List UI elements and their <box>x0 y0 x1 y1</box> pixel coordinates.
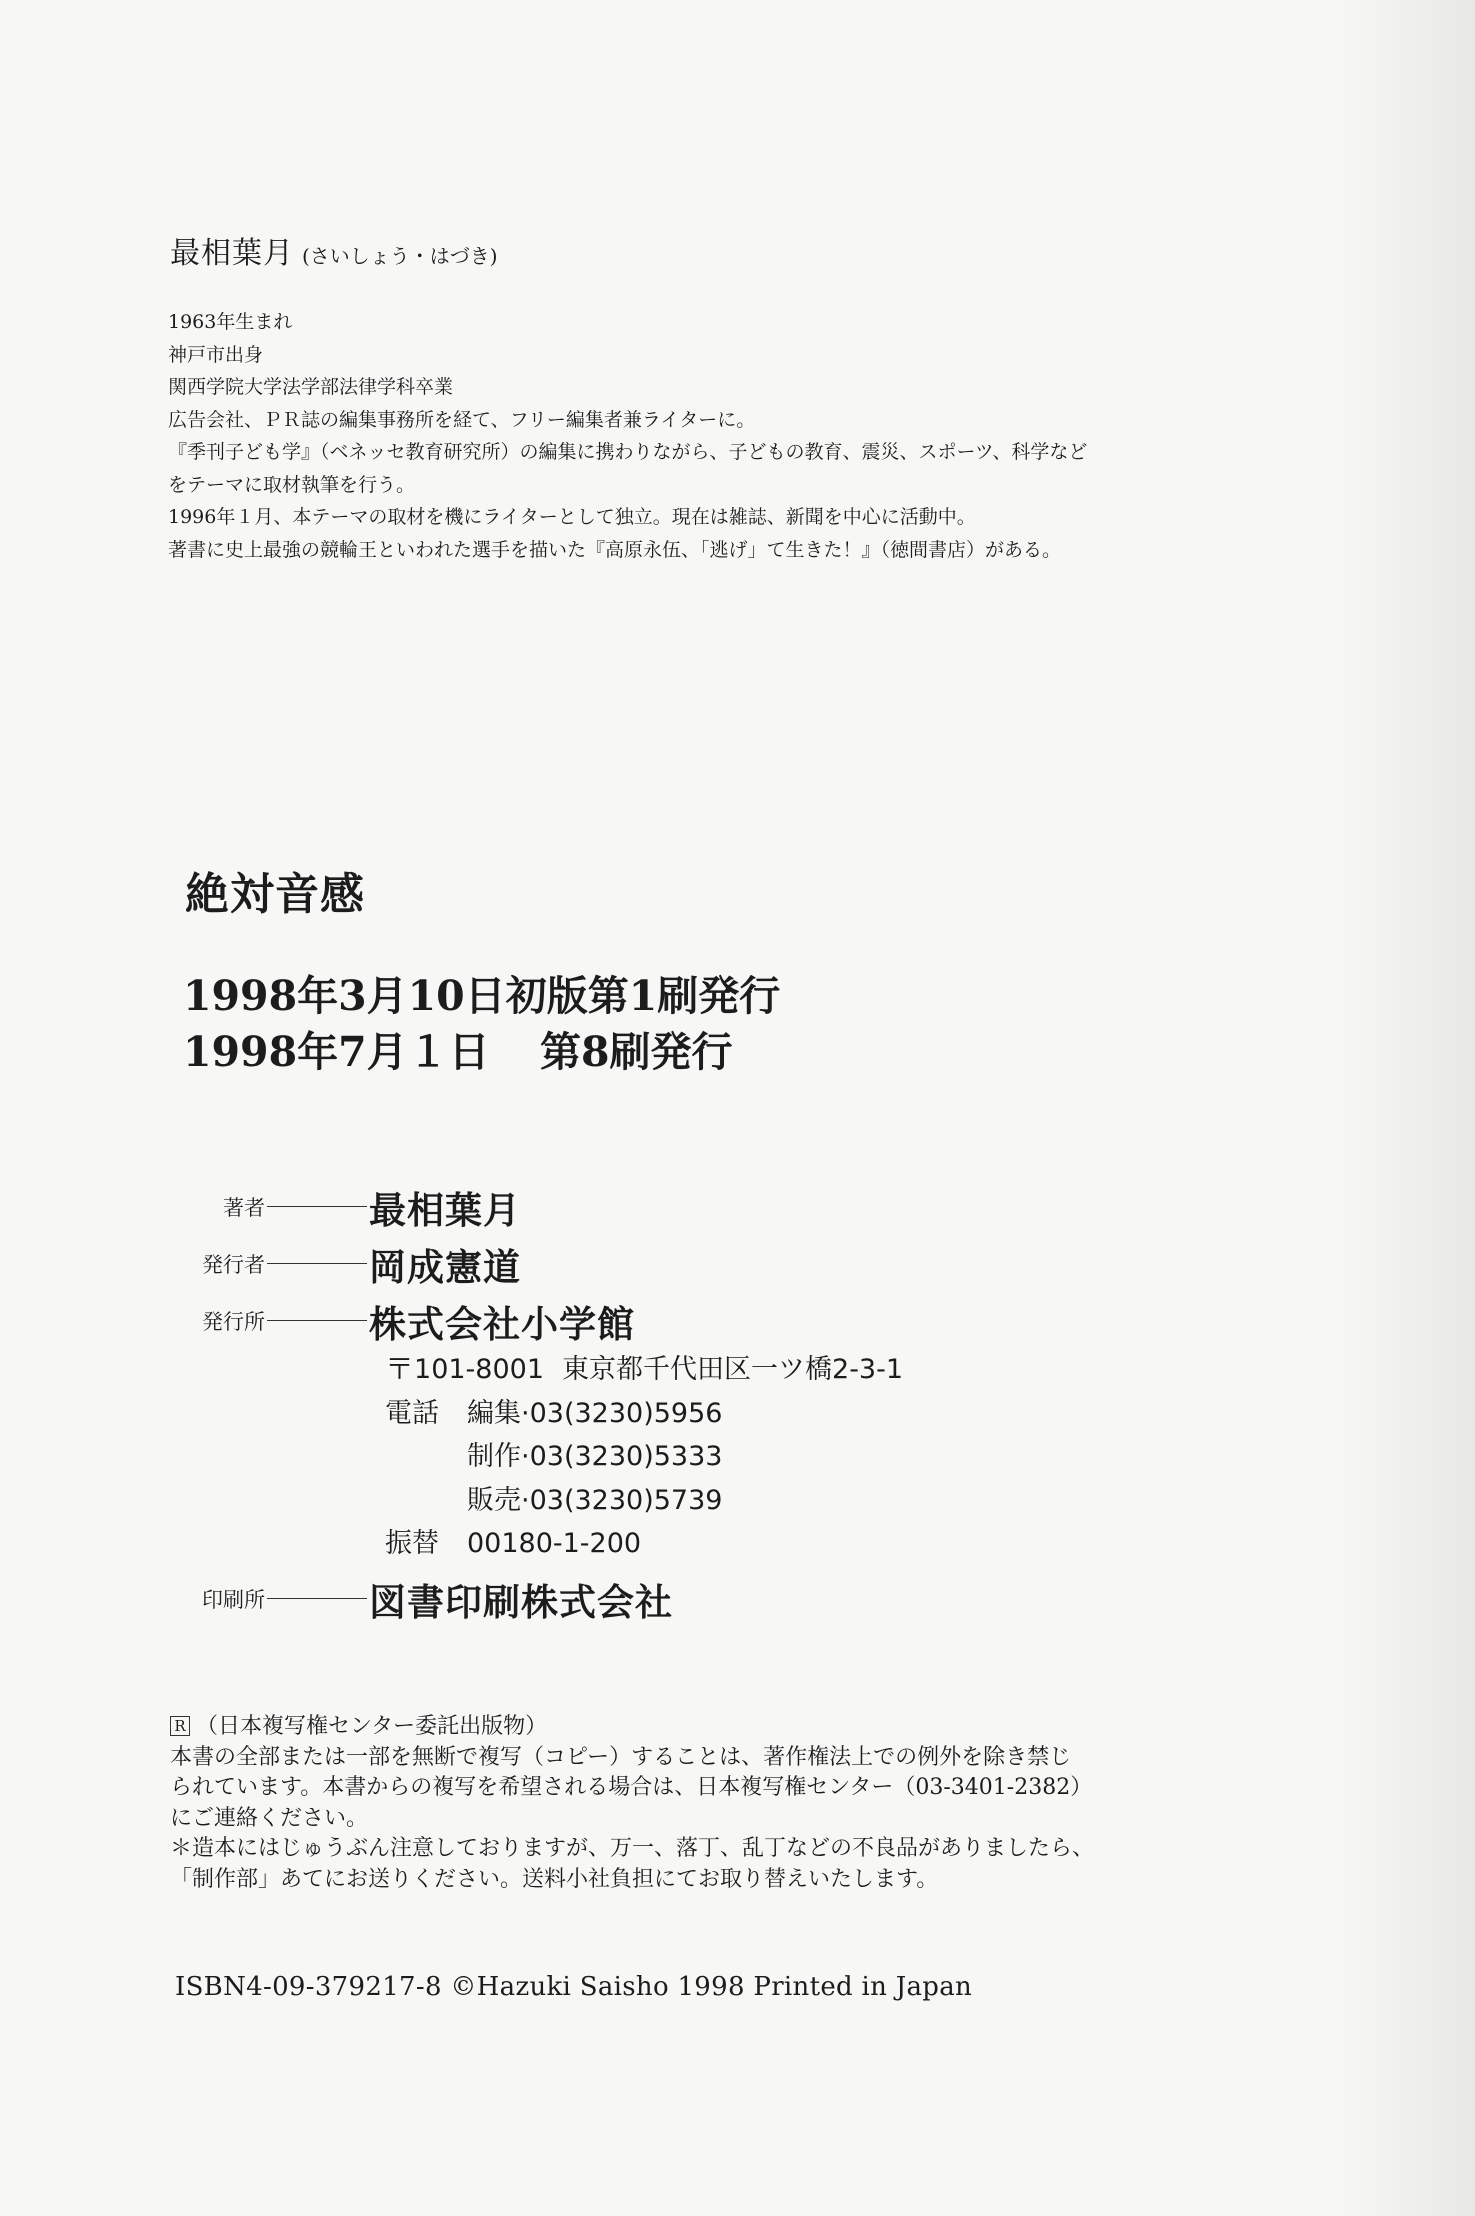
phone-dept: 販売 <box>467 1479 521 1523</box>
phone-dept: 編集 <box>467 1392 521 1436</box>
isbn-copyright-line: ISBN4-09-379217-8 ©Hazuki Saisho 1998 Pr… <box>175 1972 972 2002</box>
registered-r-icon: R <box>170 1716 190 1736</box>
bio-line: 1996年１月、本テーマの取材を機にライターとして独立。現在は雑誌、新聞を中心に… <box>168 501 1087 534</box>
notice-line: ＊造本にはじゅうぶん注意しておりますが、万一、落丁、乱丁などの不良品がありました… <box>170 1834 1094 1865</box>
leader-dash <box>267 1598 367 1599</box>
copyright-notice: R（日本複写権センター委託出版物） 本書の全部または一部を無断で複写（コピー）す… <box>170 1712 1094 1895</box>
credit-publisher-person: 発行者 岡成憲道 <box>170 1235 635 1292</box>
author-reading: (さいしょう・はづき) <box>302 244 498 268</box>
page-edge-shading <box>1335 0 1475 2216</box>
credit-value: 岡成憲道 <box>369 1237 521 1291</box>
edition-label: 初版第1刷発行 <box>506 968 781 1024</box>
postal-mark-icon: 〒 <box>385 1348 414 1392</box>
credit-value: 株式会社小学館 <box>369 1294 635 1348</box>
phone-dept: 制作 <box>467 1435 521 1479</box>
bio-line: 1963年生まれ <box>168 306 1087 339</box>
credit-printer: 印刷所 図書印刷株式会社 <box>170 1570 673 1627</box>
credit-label: 印刷所 <box>170 1584 265 1614</box>
edition-date: 1998年7月１日 <box>183 1024 540 1080</box>
leader-dash <box>267 1320 367 1321</box>
credit-value: 図書印刷株式会社 <box>369 1572 673 1626</box>
phone-number: 03(3230)5956 <box>530 1392 723 1436</box>
leader-dash <box>267 1206 367 1207</box>
bio-line: 関西学院大学法学部法律学科卒業 <box>168 371 1087 404</box>
colophon-credits: 著者 最相葉月 発行者 岡成憲道 発行所 株式会社小学館 <box>170 1178 635 1349</box>
notice-line: られています。本書からの複写を希望される場合は、日本複写権センター（03-340… <box>170 1773 1094 1804</box>
colophon-printer: 印刷所 図書印刷株式会社 <box>170 1570 673 1627</box>
postal-address: 〒101-8001東京都千代田区一ツ橋2-3-1 <box>385 1348 903 1392</box>
bio-line: 『季刊子ども学』（ベネッセ教育研究所）の編集に携わりながら、子どもの教育、震災、… <box>168 436 1087 469</box>
phone-row: 制作·03(3230)5333 <box>385 1435 903 1479</box>
transfer-label: 振替 <box>385 1522 467 1566</box>
edition-row-first: 1998年3月10日初版第1刷発行 <box>183 968 780 1024</box>
edition-date: 1998年3月10日 <box>183 968 506 1024</box>
publisher-contact: 〒101-8001東京都千代田区一ツ橋2-3-1 電話 編集·03(3230)5… <box>385 1348 903 1566</box>
edition-info: 1998年3月10日初版第1刷発行 1998年7月１日第8刷発行 <box>183 968 780 1080</box>
notice-line: R（日本複写権センター委託出版物） <box>170 1712 1094 1743</box>
notice-line: にご連絡ください。 <box>170 1804 1094 1835</box>
phone-number: 03(3230)5739 <box>530 1479 723 1523</box>
edition-label: 第8刷発行 <box>540 1024 733 1080</box>
notice-line: 「制作部」あてにお送りください。送料小社負担にてお取り替えいたします。 <box>170 1865 1094 1896</box>
leader-dash <box>267 1263 367 1264</box>
bio-line: 著書に史上最強の競輪王といわれた選手を描いた『高原永伍、「逃げ」て生きた！』（徳… <box>168 534 1087 567</box>
phone-row: 電話 編集·03(3230)5956 <box>385 1392 903 1436</box>
bio-line: 広告会社、ＰＲ誌の編集事務所を経て、フリー編集者兼ライターに。 <box>168 404 1087 437</box>
phone-row: 販売·03(3230)5739 <box>385 1479 903 1523</box>
author-heading: 最相葉月(さいしょう・はづき) <box>170 228 498 272</box>
street-address: 東京都千代田区一ツ橋2-3-1 <box>562 1348 903 1392</box>
transfer-row: 振替 00180-1-200 <box>385 1522 903 1566</box>
credit-author: 著者 最相葉月 <box>170 1178 635 1235</box>
postal-code: 101-8001 <box>414 1348 544 1392</box>
credit-label: 発行所 <box>170 1306 265 1336</box>
phone-number: 03(3230)5333 <box>530 1435 723 1479</box>
transfer-account: 00180-1-200 <box>467 1522 641 1566</box>
bio-line: 神戸市出身 <box>168 339 1087 372</box>
credit-value: 最相葉月 <box>369 1180 521 1234</box>
credit-label: 発行者 <box>170 1249 265 1279</box>
author-name: 最相葉月 <box>170 236 294 271</box>
credit-label: 著者 <box>170 1192 265 1222</box>
credit-publisher-company: 発行所 株式会社小学館 <box>170 1292 635 1349</box>
phone-label: 電話 <box>385 1392 467 1436</box>
bio-line: をテーマに取材執筆を行う。 <box>168 469 1087 502</box>
author-bio: 1963年生まれ 神戸市出身 関西学院大学法学部法律学科卒業 広告会社、ＰＲ誌の… <box>168 306 1087 566</box>
edition-row-current: 1998年7月１日第8刷発行 <box>183 1024 780 1080</box>
notice-line: 本書の全部または一部を無断で複写（コピー）することは、著作権法上での例外を除き禁… <box>170 1743 1094 1774</box>
book-title: 絶対音感 <box>185 858 365 922</box>
